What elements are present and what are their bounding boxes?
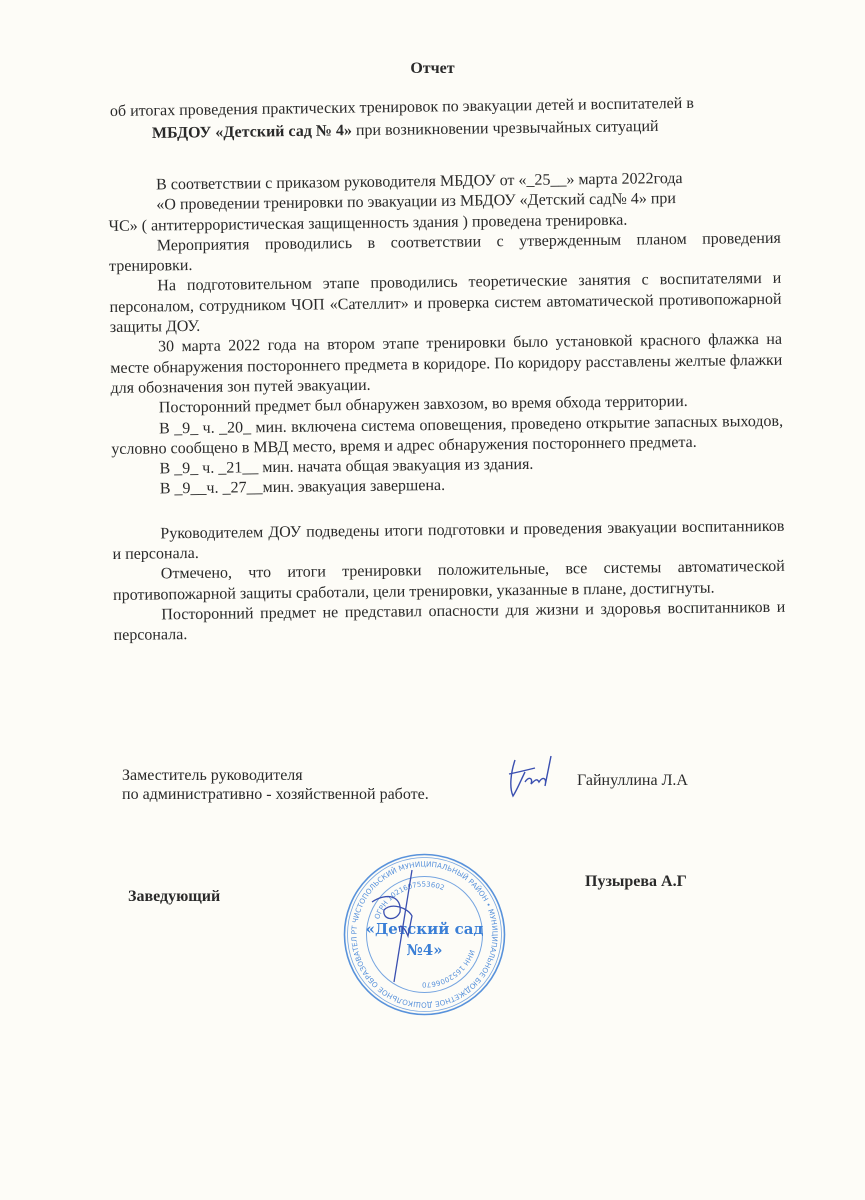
document-subtitle-line1: об итогах проведения практических тренир… [110,95,694,121]
subtitle-rest: при возникновении чрезвычайных ситуаций [352,118,659,139]
document-title: Отчет [0,60,865,78]
paragraph-safety: Посторонний предмет не представил опасно… [113,598,785,647]
deputy-title-line1: Заместитель руководителя [122,766,429,785]
round-seal-icon: РТ ЧИСТОПОЛЬСКИЙ МУНИЦИПАЛЬНЫЙ РАЙОН • М… [342,852,507,1017]
paragraph-second-stage: 30 марта 2022 года на втором этапе трени… [110,330,783,399]
deputy-signature-icon [505,752,560,807]
head-title: Заведующий [128,888,220,906]
scanned-document-page: Отчет об итогах проведения практических … [0,0,865,1200]
document-subtitle-line2: МБДОУ «Детский сад № 4» при возникновени… [152,118,659,143]
deputy-title-line2: по административно - хозяйственной работ… [122,785,429,804]
head-name: Пузырева А.Г [585,873,687,891]
organization-name: МБДОУ «Детский сад № 4» [152,122,352,142]
stamp-center-line2: №4» [406,941,442,959]
official-stamp: РТ ЧИСТОПОЛЬСКИЙ МУНИЦИПАЛЬНЫЙ РАЙОН • М… [342,852,507,1022]
deputy-title: Заместитель руководителя по администрати… [122,766,429,804]
document-body: В соответствии с приказом руководителя М… [108,168,786,647]
stamp-center-line1: «Детский сад [366,920,484,938]
paragraph-alarm-time: В _9_ ч. _20_ мин. включена система опов… [111,411,783,460]
deputy-name: Гайнуллина Л.А [577,772,688,790]
paragraph-preparation: На подготовительном этапе проводились те… [109,269,782,338]
